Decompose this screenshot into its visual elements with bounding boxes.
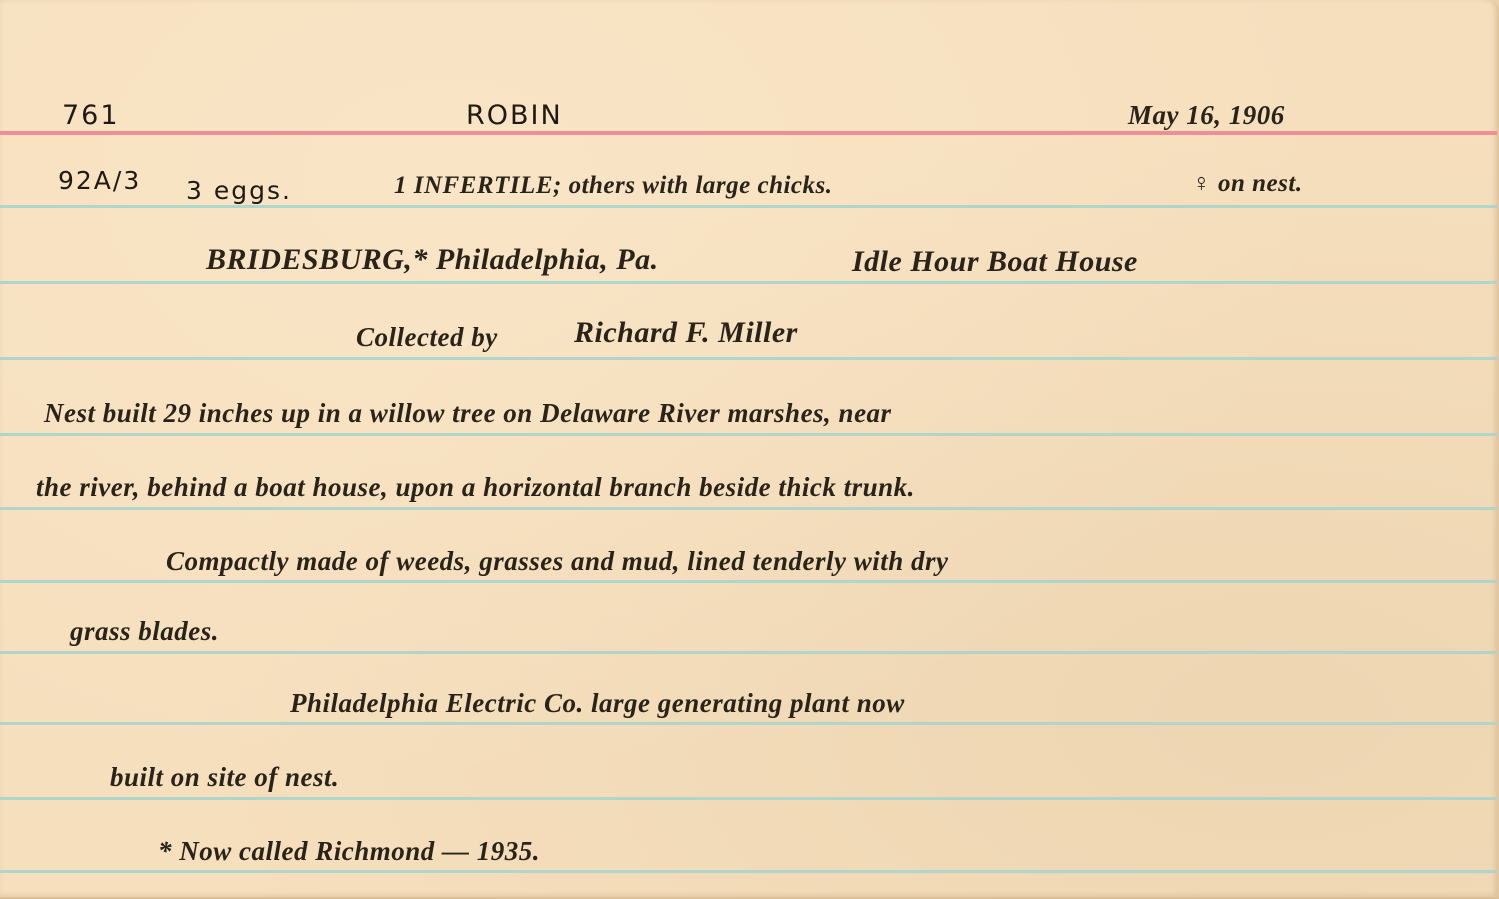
collector-label: Collected by — [356, 322, 498, 353]
parent-note: ♀ on nest. — [1192, 170, 1303, 198]
egg-count: 3 eggs. — [186, 176, 292, 205]
notes-line-1: Nest built 29 inches up in a willow tree… — [44, 398, 892, 429]
blue-rule — [0, 797, 1497, 800]
blue-rule — [0, 580, 1497, 583]
locality-place: BRIDESBURG,* Philadelphia, Pa. — [206, 243, 659, 277]
collector-name: Richard F. Miller — [574, 316, 798, 350]
blue-rule — [0, 507, 1497, 510]
red-header-rule — [0, 131, 1497, 135]
notes-line-6: built on site of nest. — [110, 762, 339, 793]
set-mark: 92A/3 — [58, 166, 141, 195]
blue-rule — [0, 870, 1497, 873]
notes-line-5: Philadelphia Electric Co. large generati… — [290, 688, 905, 719]
blue-rule — [0, 651, 1497, 654]
catalog-number: 761 — [62, 100, 120, 131]
clutch-note: 1 INFERTILE; others with large chicks. — [394, 172, 833, 200]
blue-rule — [0, 205, 1497, 208]
species-name: ROBIN — [466, 100, 563, 131]
blue-rule — [0, 281, 1497, 284]
notes-line-3: Compactly made of weeds, grasses and mud… — [166, 546, 949, 577]
index-card: 761 ROBIN May 16, 1906 92A/3 3 eggs. 1 I… — [0, 0, 1499, 899]
blue-rule — [0, 357, 1497, 360]
collection-date: May 16, 1906 — [1128, 100, 1285, 131]
locality-site: Idle Hour Boat House — [852, 245, 1138, 279]
footnote: * Now called Richmond — 1935. — [158, 836, 540, 867]
blue-rule — [0, 722, 1497, 725]
notes-line-4: grass blades. — [70, 616, 219, 647]
blue-rule — [0, 433, 1497, 436]
notes-line-2: the river, behind a boat house, upon a h… — [36, 472, 915, 503]
